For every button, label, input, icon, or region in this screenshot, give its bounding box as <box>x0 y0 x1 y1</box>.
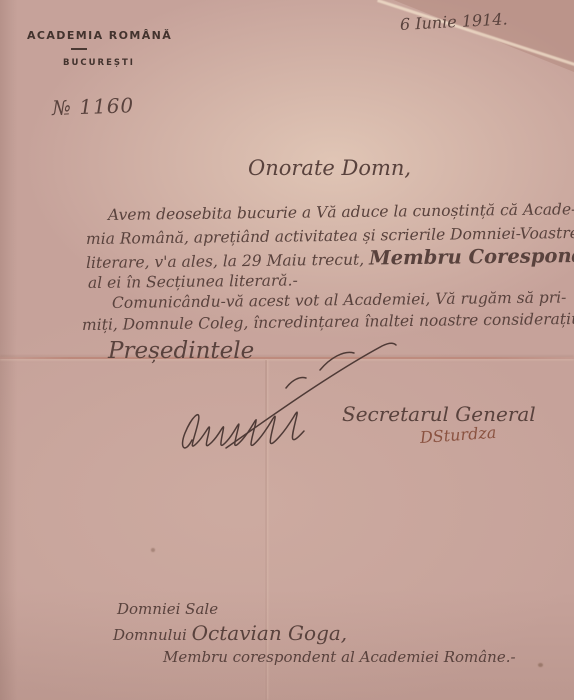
letterhead-city: BUCUREȘTI <box>63 58 135 68</box>
body-line-3: literare, v'a ales, la 29 Maiu trecut, M… <box>86 243 574 273</box>
secretary-signature: DSturdza <box>419 423 497 447</box>
paper-stain-spot <box>538 663 543 667</box>
letterhead-organization: ACADEMIA ROMÂNĂ <box>27 29 172 42</box>
body-line-5: Comunicându-vă acest vot al Academiei, V… <box>112 288 567 312</box>
addressee-prefix: Domnului <box>113 626 192 644</box>
membership-title-emphasis: Membru Corespondent <box>369 243 574 269</box>
letterhead-rule <box>71 48 87 50</box>
paper-stain-spot <box>151 548 155 552</box>
document-page: ACADEMIA ROMÂNĂ BUCUREȘTI 6 Iunie 1914. … <box>0 0 574 700</box>
body-line-3-text: literare, v'a ales, la 29 Maiu trecut, <box>86 251 369 272</box>
president-signature-icon <box>178 336 413 464</box>
body-line-1: Avem deosebita bucurie a Vă aduce la cun… <box>108 200 574 224</box>
salutation: Onorate Domn, <box>248 156 411 180</box>
body-line-4: al ei în Secțiunea literară.- <box>88 271 298 292</box>
secretary-title: Secretarul General <box>342 402 536 426</box>
addressee-name: Octavian Goga, <box>192 621 348 645</box>
addressee-role: Membru corespondent al Academiei Române.… <box>163 648 516 666</box>
addressee-name-line: Domnului Octavian Goga, <box>113 621 347 645</box>
addressee-honorific: Domniei Sale <box>117 600 218 618</box>
body-line-6: miți, Domnule Coleg, încredințarea înalt… <box>82 310 574 334</box>
reference-number: № 1160 <box>52 93 135 120</box>
